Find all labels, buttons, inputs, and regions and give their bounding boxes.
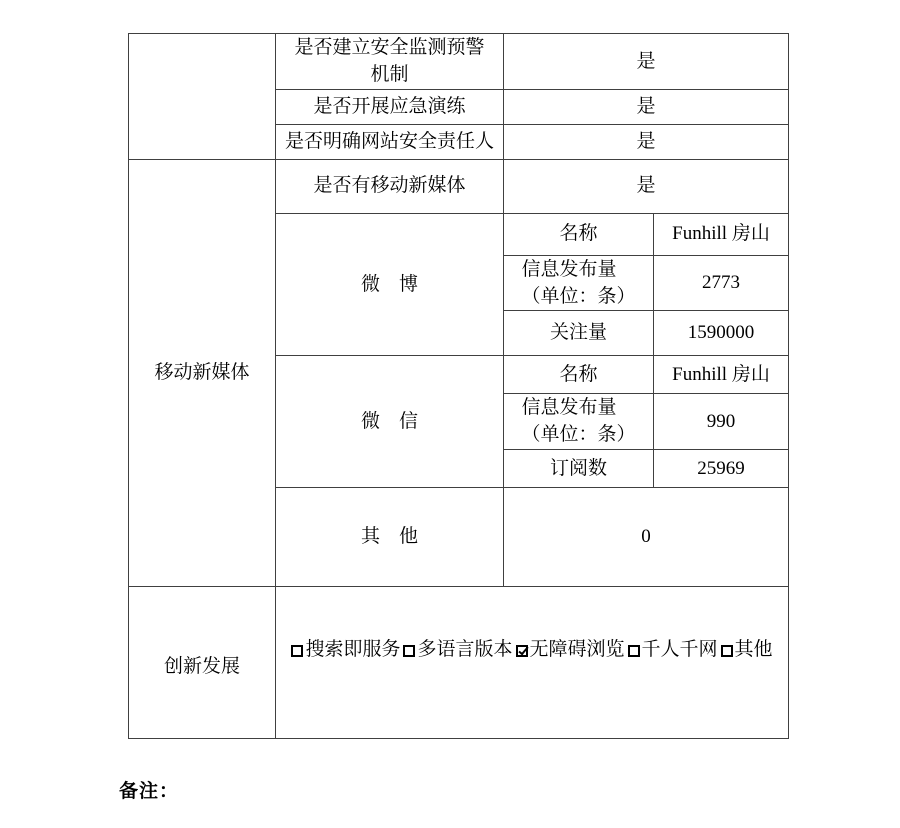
weibo-followers-value-cell: 1590000 [654, 311, 789, 356]
checkbox-search-as-service[interactable] [291, 645, 303, 657]
checkbox-label-accessibility: 无障碍浏览 [530, 639, 625, 660]
table-row: 移动新媒体 是否有移动新媒体 是 [129, 159, 789, 213]
checkmark-icon [518, 644, 528, 655]
has-mobile-value-cell: 是 [504, 159, 789, 213]
weibo-group-cell: 微 博 [276, 213, 504, 356]
checkbox-label-thousand-sites: 千人千网 [642, 639, 718, 660]
weibo-posts-value-cell: 2773 [654, 255, 789, 311]
has-mobile-label-cell: 是否有移动新媒体 [276, 159, 504, 213]
checkbox-multilingual[interactable] [403, 645, 415, 657]
checkbox-thousand-sites[interactable] [628, 645, 640, 657]
security-officer-label-cell: 是否明确网站安全责任人 [276, 124, 504, 159]
remarks-label: 备注： [119, 776, 179, 803]
wechat-subscribers-value-cell: 25969 [654, 450, 789, 488]
weibo-name-value-cell: Funhill 房山 [654, 213, 789, 255]
innovation-group-cell: 创新发展 [129, 587, 276, 739]
innovation-options-cell: 搜索即服务多语言版本无障碍浏览千人千网其他 [276, 587, 789, 739]
table-row: 是否建立安全监测预警 机制 是 [129, 34, 789, 90]
wechat-posts-label: 信息发布量 （单位：条） [521, 394, 635, 448]
wechat-name-value-cell: Funhill 房山 [654, 356, 789, 394]
wechat-posts-value-cell: 990 [654, 394, 789, 450]
checkbox-label-other: 其他 [735, 639, 773, 660]
weibo-name-label-cell: 名称 [504, 213, 654, 255]
emergency-drill-value-cell: 是 [504, 89, 789, 124]
checkbox-label-multilingual: 多语言版本 [417, 639, 512, 660]
wechat-posts-label-cell: 信息发布量 （单位：条） [504, 394, 654, 450]
weibo-posts-label: 信息发布量 （单位：条） [521, 256, 635, 310]
wechat-name-label-cell: 名称 [504, 356, 654, 394]
other-media-label-cell: 其 他 [276, 488, 504, 587]
emergency-drill-label-cell: 是否开展应急演练 [276, 89, 504, 124]
weibo-posts-label-cell: 信息发布量 （单位：条） [504, 255, 654, 311]
checkbox-other[interactable] [721, 645, 733, 657]
checkbox-label-search-as-service: 搜索即服务 [305, 639, 400, 660]
table-row: 创新发展 搜索即服务多语言版本无障碍浏览千人千网其他 [129, 587, 789, 739]
wechat-subscribers-label-cell: 订阅数 [504, 450, 654, 488]
innovation-group-label: 创新发展 [164, 653, 240, 681]
security-monitor-value-cell: 是 [504, 34, 789, 90]
security-officer-value-cell: 是 [504, 124, 789, 159]
wechat-group-cell: 微 信 [276, 356, 504, 488]
security-group-cell [129, 34, 276, 160]
checkbox-accessibility[interactable] [516, 645, 528, 657]
security-monitor-label: 是否建立安全监测预警 机制 [294, 34, 484, 88]
weibo-followers-label-cell: 关注量 [504, 311, 654, 356]
security-monitor-label-cell: 是否建立安全监测预警 机制 [276, 34, 504, 90]
mobile-media-group-cell: 移动新媒体 [129, 159, 276, 587]
report-page: 是否建立安全监测预警 机制 是 是否开展应急演练 是 是否明确网站安全责任人 是… [0, 0, 900, 828]
annual-report-table: 是否建立安全监测预警 机制 是 是否开展应急演练 是 是否明确网站安全责任人 是… [128, 33, 789, 739]
other-media-value-cell: 0 [504, 488, 789, 587]
innovation-options-line: 搜索即服务多语言版本无障碍浏览千人千网其他 [282, 636, 782, 664]
